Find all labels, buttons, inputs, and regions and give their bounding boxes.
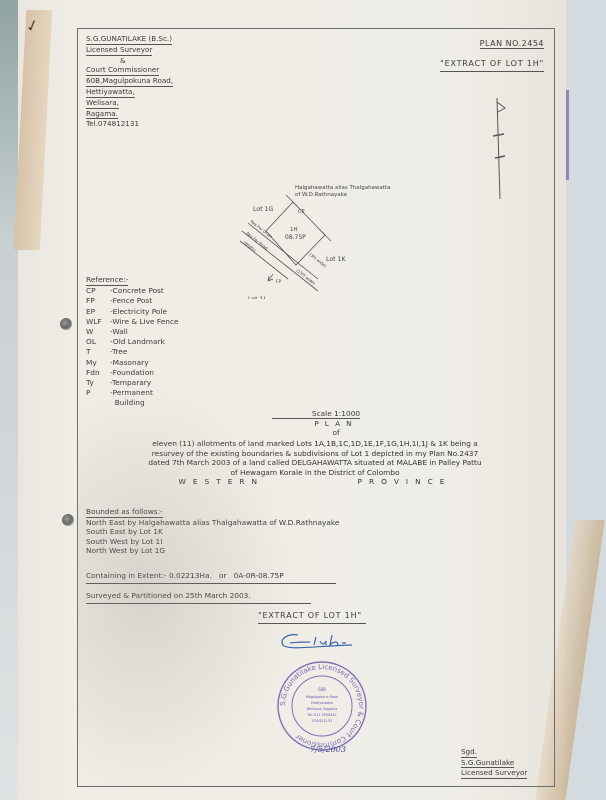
svg-text:CP: CP: [298, 209, 305, 215]
surveyor-role: Court Commissioner: [86, 65, 159, 76]
boundaries-section: Bounded as follows:- North East by Halga…: [86, 507, 339, 556]
ink-mark: [566, 90, 569, 180]
of-word: of: [78, 428, 554, 437]
svg-text:FP: FP: [276, 279, 282, 285]
legend-item: T-Tree: [86, 347, 179, 357]
svg-text:Lot 1K: Lot 1K: [326, 256, 346, 263]
plan-number: PLAN NO.2454: [480, 39, 544, 49]
svg-text:Magulpokuna Road: Magulpokuna Road: [306, 695, 338, 699]
legend-item: W-Wall: [86, 327, 179, 337]
legend-item: Ty-Temparary: [86, 378, 179, 388]
reference-title: Reference:-: [86, 275, 128, 286]
signature-block: Sgd. S.G.Gunatilake Licensed Surveyor: [461, 747, 527, 779]
svg-text:Lot 1I: Lot 1I: [248, 296, 265, 299]
stamp-date: 7/5/2003: [310, 745, 346, 754]
lot-diagram: Halgahawatta alias Thalgahawatta of W.D.…: [228, 179, 478, 299]
province: WESTERN PROVINCE: [82, 477, 548, 487]
sgd-label: Sgd.: [461, 747, 477, 758]
boundary-line: North West by Lot 1G: [86, 546, 339, 556]
surveyed-date-line: Surveyed & Partitioned on 25th March 200…: [86, 591, 311, 604]
svg-text:of W.D.Rathnayake: of W.D.Rathnayake: [295, 192, 348, 198]
svg-text:Lot 1G: Lot 1G: [253, 206, 273, 213]
address-line: Hettiyawatta,: [86, 87, 135, 98]
description-line: resurvey of the existing boundaries & su…: [82, 449, 548, 459]
document-frame: S.G.GUNATILAKE (B.Sc.) Licensed Surveyor…: [77, 28, 555, 787]
surveyor-title: Licensed Surveyor: [86, 45, 152, 56]
svg-text:Tel: 011 2956442: Tel: 011 2956442: [306, 713, 336, 717]
legend-item: Fdn-Foundation: [86, 368, 179, 378]
background-surface: [0, 0, 18, 800]
ampersand: &: [86, 56, 126, 66]
official-stamp-icon: S.G.Gunatilake Licensed Surveyor & Court…: [275, 659, 369, 753]
svg-text:074 812131: 074 812131: [312, 719, 333, 723]
reference-legend: Reference:- CP-Concrete Post FP-Fence Po…: [86, 275, 179, 409]
punch-hole-icon: [60, 318, 72, 330]
north-arrow-icon: [483, 94, 513, 204]
plan-description: eleven (11) allotments of land marked Lo…: [82, 439, 548, 487]
description-line: dated 7th March 2003 of a land called DE…: [82, 458, 548, 468]
boundary-line: North East by Halgahawatta alias Thalgah…: [86, 518, 339, 528]
surveyor-name: S.G.GUNATILAKE (B.Sc.): [86, 34, 172, 45]
address-line: 60B,Magulpokuna Road,: [86, 76, 173, 87]
legend-item: My-Masonary: [86, 358, 179, 368]
extract-title: "EXTRACT OF LOT 1H": [440, 59, 544, 72]
signatory-name: S.G.Gunatilake: [461, 758, 514, 769]
address-line: Ragama.: [86, 109, 118, 120]
scale-heading: Scale 1:1000 PLAN of: [78, 409, 554, 437]
legend-item: P-Permanent Building: [86, 388, 179, 408]
legend-item: WLF-Wire & Live Fence: [86, 317, 179, 327]
boundary-line: South West by Lot 1I: [86, 537, 339, 547]
description-line: of Hewagam Korale in the District of Col…: [82, 468, 548, 478]
legend-item: CP-Concrete Post: [86, 286, 179, 296]
legend-item: EP-Electricity Pole: [86, 307, 179, 317]
legend-item: OL-Old Landmark: [86, 337, 179, 347]
svg-text:Hettiyawatta: Hettiyawatta: [311, 701, 333, 705]
svg-text:1H: 1H: [290, 227, 298, 233]
svg-text:Welisara, Ragama: Welisara, Ragama: [307, 707, 338, 711]
signature-icon: [276, 629, 356, 653]
signatory-title: Licensed Surveyor: [461, 768, 527, 779]
scale-label: Scale 1:1000: [272, 409, 360, 419]
boundary-line: South East by Lot 1K: [86, 527, 339, 537]
description-line: eleven (11) allotments of land marked Lo…: [82, 439, 548, 449]
svg-text:08.75P: 08.75P: [285, 234, 306, 241]
punch-hole-icon: [62, 514, 74, 526]
svg-text:60B: 60B: [318, 687, 326, 692]
telephone: Tel.074812131: [86, 119, 139, 129]
svg-text:Halgahawatta alias Thalgahawat: Halgahawatta alias Thalgahawatta: [295, 185, 390, 191]
boundaries-title: Bounded as follows:-: [86, 507, 163, 518]
surveyor-address-block: S.G.GUNATILAKE (B.Sc.) Licensed Surveyor…: [86, 34, 173, 129]
extract-title-bottom: "EXTRACT OF LOT 1H": [258, 611, 366, 624]
svg-text:(3Ft wide): (3Ft wide): [308, 252, 327, 269]
plan-word: PLAN: [78, 419, 554, 428]
legend-item: FP-Fence Post: [86, 296, 179, 306]
extent-line: Containing in Extent:- 0.02213Ha. or 0A-…: [86, 571, 336, 584]
svg-text:(15Ft wide): (15Ft wide): [295, 268, 316, 286]
address-line: Welisara,: [86, 98, 119, 109]
